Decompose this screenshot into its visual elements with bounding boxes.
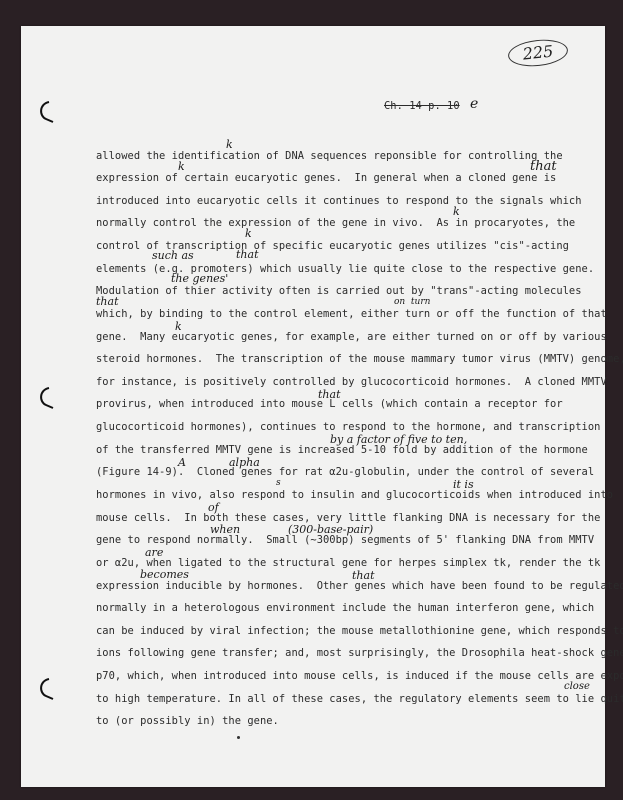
annotation: k (226, 138, 233, 151)
annotation: that (236, 248, 258, 261)
annotation: A (178, 456, 186, 469)
text-line: steroid hormones. The transcription of t… (96, 353, 623, 365)
text-line: glucocorticoid hormones), continues to r… (96, 421, 600, 433)
text-line: gene. Many eucaryotic genes, for example… (96, 331, 607, 343)
annotation: are (145, 546, 163, 559)
text-line: can be induced by viral infection; the m… (96, 625, 623, 637)
text-line: Modulation of thier activity often is ca… (96, 285, 582, 297)
hole-punch-mark-middle (37, 386, 53, 408)
annotation: close (564, 681, 590, 692)
text-line: expression of certain eucaryotic genes. … (96, 172, 556, 184)
annotation: it is (453, 478, 474, 491)
text-line: (Figure 14-9). Cloned genes for rat α2u-… (96, 466, 594, 478)
text-line: for instance, is positively controlled b… (96, 376, 607, 388)
hole-punch-mark-bottom (37, 677, 53, 699)
text-line: which, by binding to the control element… (96, 308, 607, 320)
struck-header: Ch. 14 p. 10 (384, 100, 460, 112)
annotation: (300-base-pair) (288, 523, 373, 536)
text-line: to high temperature. In all of these cas… (96, 693, 623, 705)
annotation: s (276, 478, 281, 488)
text-line: to (or possibly in) the gene. (96, 715, 279, 727)
text-line: introduced into eucaryotic cells it cont… (96, 195, 582, 207)
annotation: by a factor of five to ten, (330, 433, 467, 446)
annotation: on turn (394, 297, 430, 307)
handwritten-page-number: 225 (507, 37, 569, 69)
text-line: ions following gene transfer; and, most … (96, 647, 623, 659)
text-line: normally control the expression of the g… (96, 217, 575, 229)
annotation: such as (152, 249, 194, 262)
annotation: k (453, 205, 460, 218)
text-line: hormones in vivo, also respond to insuli… (96, 489, 613, 501)
annotation: that (318, 388, 340, 401)
typed-manuscript-page: 225 Ch. 14 p. 10 e allowed the identific… (21, 26, 605, 787)
annotation: the genes' (171, 272, 228, 285)
annotation: that (530, 159, 557, 174)
annotation: of (208, 501, 219, 514)
annotation: becomes (140, 568, 189, 581)
annotation: when (210, 523, 240, 536)
hole-punch-mark-top (37, 100, 53, 122)
annotation: k (178, 160, 185, 173)
annotation: k (175, 320, 182, 333)
annotation: k (245, 227, 252, 240)
annotation: alpha (229, 456, 260, 469)
annotation: that (352, 569, 374, 582)
text-line: p70, which, when introduced into mouse c… (96, 670, 623, 682)
header-mark: e (470, 96, 478, 112)
stray-dot (237, 736, 240, 739)
text-line: normally in a heterologous environment i… (96, 602, 594, 614)
annotation: that (96, 295, 118, 308)
text-line: allowed the identification of DNA sequen… (96, 150, 563, 162)
